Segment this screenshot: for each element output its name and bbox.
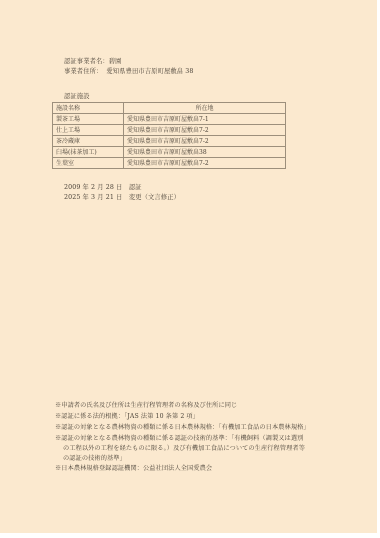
facility-address: 愛知県豊田市吉原町屋敷畠7-2: [124, 136, 286, 147]
facility-address: 愛知県豊田市吉原町屋敷畠7-2: [124, 125, 286, 136]
facilities-table: 施設名称 所在地 製茶工場 愛知県豊田市吉原町屋敷畠7-1 仕上工場 愛知県豊田…: [52, 102, 286, 169]
operator-address-label: 事業者住所：: [64, 68, 102, 75]
footnote-technical-criteria-cont2: の認証の技術的基準」: [55, 454, 126, 463]
facility-name: 製茶工場: [53, 114, 124, 125]
operator-name-label: 認証事業者名：: [64, 58, 109, 65]
table-row: 茶冷蔵庫 愛知県豊田市吉原町屋敷畠7-2: [53, 136, 286, 147]
table-row: 仕上工場 愛知県豊田市吉原町屋敷畠7-2: [53, 125, 286, 136]
facility-address: 愛知県豊田市吉原町屋敷畠7-2: [124, 158, 286, 169]
document-page: 認証事業者名：碧園 事業者住所：愛知県豊田市吉原町屋敷畠 38 認証施設 施設名…: [0, 0, 377, 533]
facility-address: 愛知県豊田市吉原町屋敷畠38: [124, 147, 286, 158]
footnote-technical-criteria: ※認証の対象となる農林物資の種類に係る認証の技術的基準：「有機飼料（調製又は選別: [55, 434, 303, 443]
facility-name: 生葉室: [53, 158, 124, 169]
footnote-certification-body: ※日本農林規格登録認証機関：公益社団法人全国愛農会: [55, 464, 212, 473]
header-location: 所在地: [124, 103, 286, 114]
certification-date: 2009 年 2 月 28 日 認証: [64, 183, 142, 192]
facility-name: 茶冷蔵庫: [53, 136, 124, 147]
operator-address-value: 愛知県豊田市吉原町屋敷畠 38: [106, 68, 193, 75]
table-header-row: 施設名称 所在地: [53, 103, 286, 114]
facilities-title: 認証施設: [64, 92, 90, 101]
operator-name-value: 碧園: [109, 58, 122, 65]
facility-name: 仕上工場: [53, 125, 124, 136]
operator-address-line: 事業者住所：愛知県豊田市吉原町屋敷畠 38: [64, 67, 193, 76]
footnote-technical-criteria-cont1: の工程以外の工程を経たものに限る。）及び有機加工食品についての生産行程管理者等: [55, 444, 305, 453]
facility-name: 臼場(抹茶加工): [53, 147, 124, 158]
table-row: 製茶工場 愛知県豊田市吉原町屋敷畠7-1: [53, 114, 286, 125]
header-facility-name: 施設名称: [53, 103, 124, 114]
facility-address: 愛知県豊田市吉原町屋敷畠7-1: [124, 114, 286, 125]
table-row: 臼場(抹茶加工) 愛知県豊田市吉原町屋敷畠38: [53, 147, 286, 158]
footnote-jas-standard: ※認証の対象となる農林物資の種類に係る日本農林規格：「有機加工食品の日本農林規格…: [55, 423, 310, 432]
footnote-applicant: ※申請者の氏名及び住所は生産行程管理者の名称及び住所に同じ: [55, 401, 237, 410]
operator-name-line: 認証事業者名：碧園: [64, 57, 122, 66]
footnote-legal-basis: ※認証に係る法的根拠：「JAS 法第 10 条第 2 項」: [55, 412, 199, 421]
amendment-date: 2025 年 3 月 21 日 変更（文言修正）: [64, 193, 180, 202]
table-row: 生葉室 愛知県豊田市吉原町屋敷畠7-2: [53, 158, 286, 169]
